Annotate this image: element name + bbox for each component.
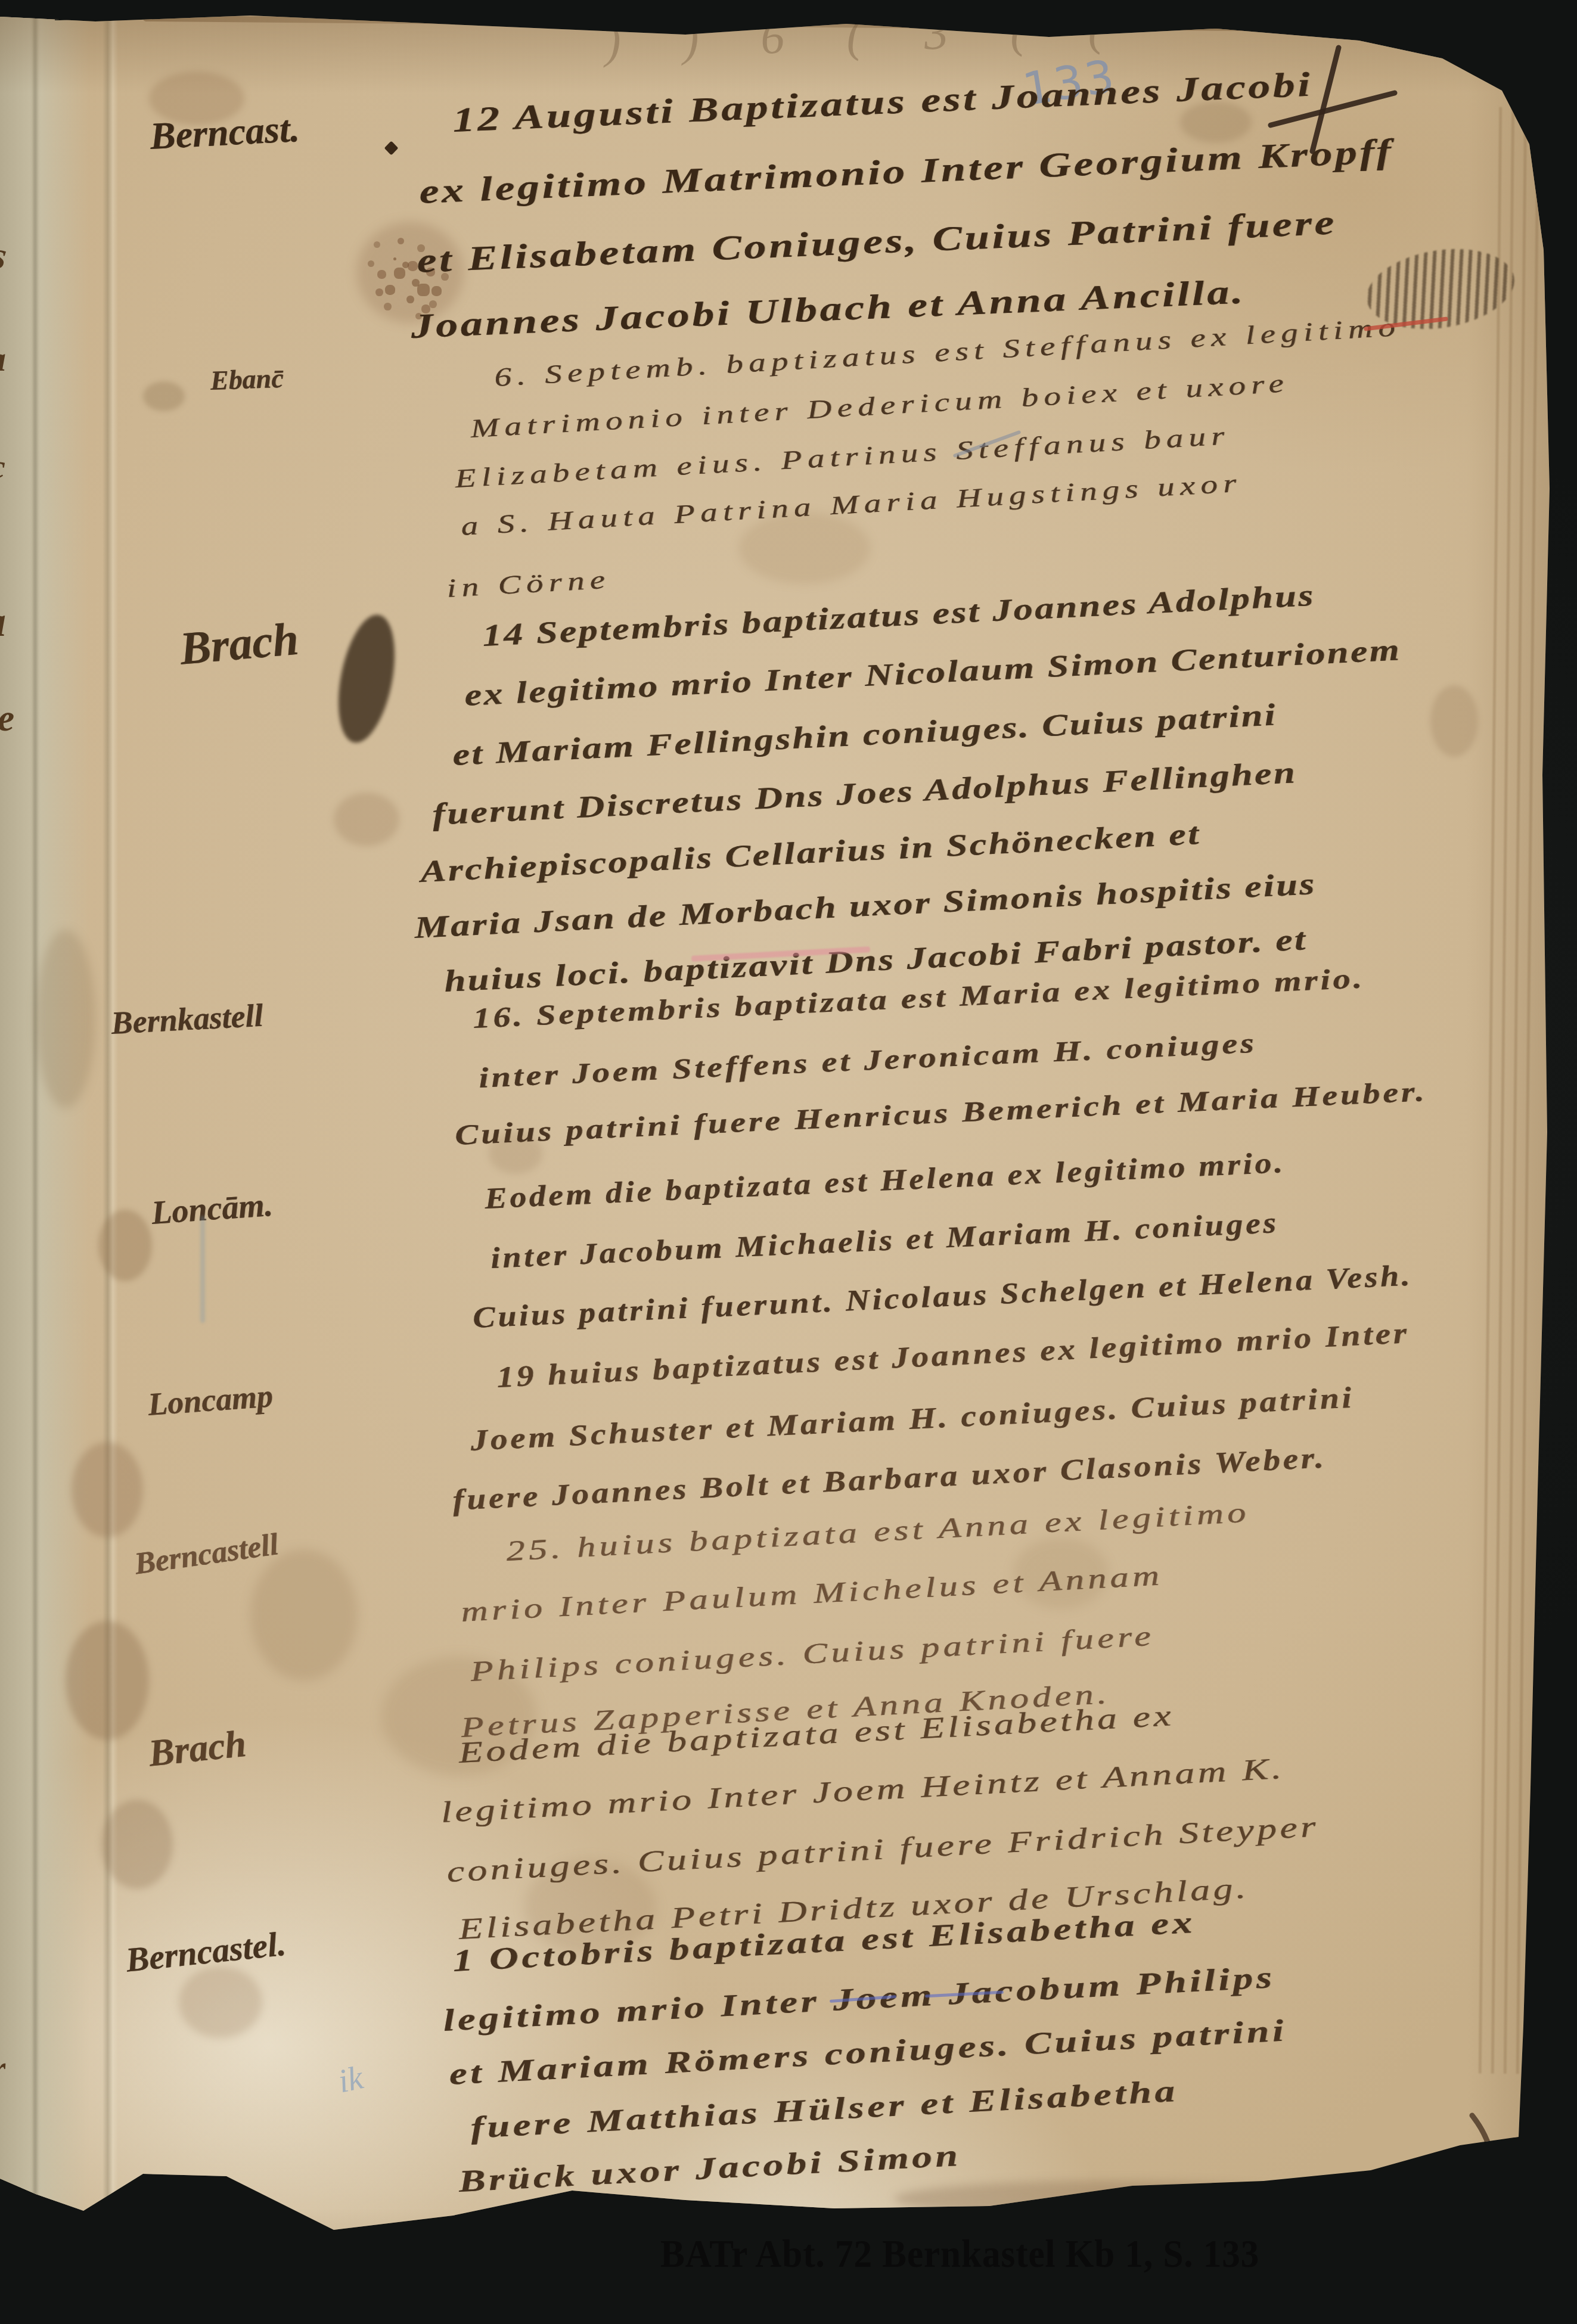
paper-stain [894, 2181, 1311, 2217]
paper-stain [1430, 685, 1478, 757]
paper-stain [98, 1210, 152, 1281]
archive-caption: BATr Abt. 72 Bernkastel Kb 1, S. 133 [660, 2232, 1259, 2278]
paper-stain [250, 1549, 358, 1680]
paper-stain [179, 1966, 262, 2038]
ink-flourish [1275, 2098, 1526, 2276]
paper-stain [101, 1800, 173, 1889]
paper-stain [66, 1621, 149, 1740]
archive-scan-photo: ) ) 6 ( 3 ( ( 133 Berncast.12 Augusti Ba… [0, 0, 1577, 2324]
ink-spray-stain [393, 257, 396, 260]
paper-stain [334, 793, 399, 846]
gutter-ink-fragment: a [0, 338, 6, 380]
blue-vertical-smudge [200, 1216, 205, 1323]
paper-stain [36, 930, 95, 1108]
paper-stain [143, 381, 185, 411]
margin-place-label: Ebanc̄ [210, 362, 284, 396]
manuscript-page: ) ) 6 ( 3 ( ( 133 Berncast.12 Augusti Ba… [0, 0, 1577, 2324]
margin-place-label: Brach [178, 612, 300, 676]
margin-place-label: Berncast. [149, 107, 300, 159]
gutter-ink-fragment: c [0, 448, 5, 486]
paper-stain [72, 1442, 143, 1537]
gutter-ink-fragment: le [0, 696, 14, 740]
gutter-ink-fragment: a [0, 597, 6, 647]
background-notch [55, 0, 81, 20]
